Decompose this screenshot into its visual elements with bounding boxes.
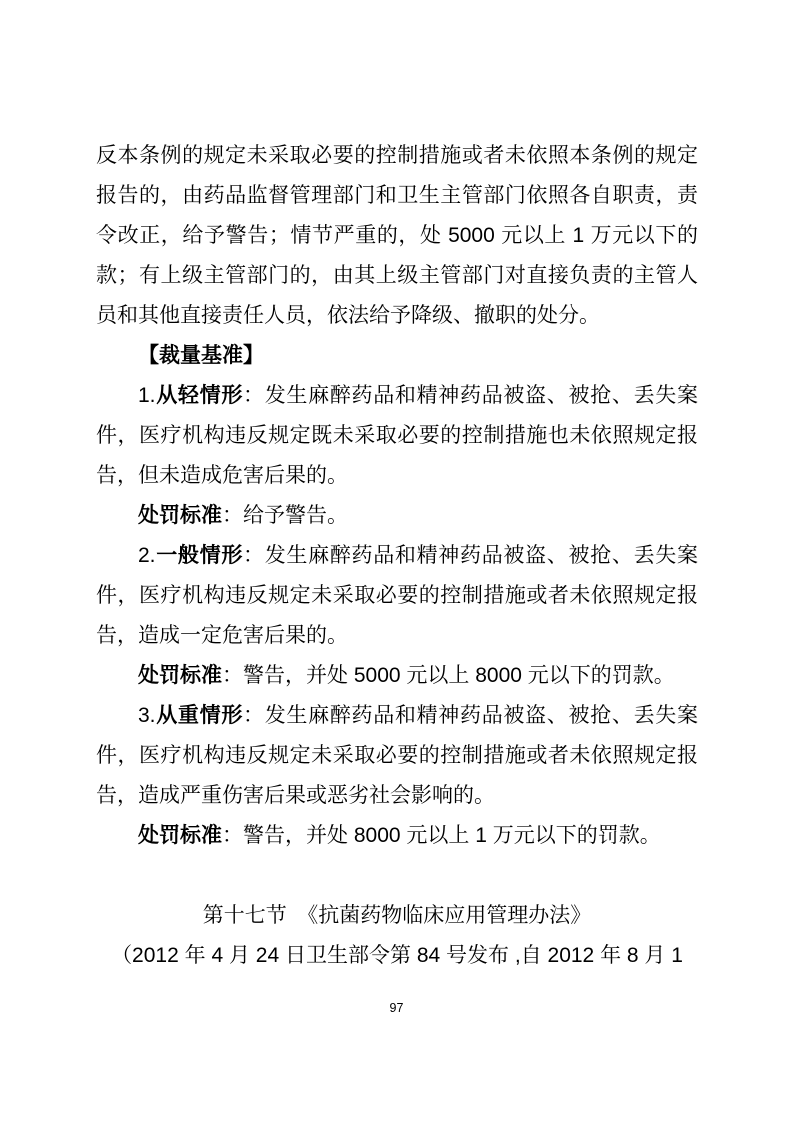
bold-text-run: 处罚标准 bbox=[138, 824, 222, 847]
bold-text-run: 从重情形 bbox=[156, 704, 244, 727]
item-2-general-circumstance: 2.一般情形：发生麻醉药品和精神药品被盗、被抢、丢失案件，医疗机构违反规定未采取… bbox=[96, 536, 698, 656]
item-1-light-circumstance: 1.从轻情形：发生麻醉药品和精神药品被盗、被抢、丢失案件，医疗机构违反规定既未采… bbox=[96, 376, 698, 496]
text-run: ：发生麻醉药品和精神药品被盗、被抢、丢失案 bbox=[243, 544, 698, 567]
text-line: 【裁量基准】 bbox=[96, 336, 698, 376]
item-3-heavy-circumstance: 3.从重情形：发生麻醉药品和精神药品被盗、被抢、丢失案件，医疗机构违反规定未采取… bbox=[96, 696, 698, 816]
text-line: 处罚标准：给予警告。 bbox=[96, 496, 698, 536]
text-line: 件，医疗机构违反规定未采取必要的控制措施或者未依照规定报 bbox=[96, 736, 698, 776]
text-run: 2. bbox=[138, 544, 156, 567]
penalty-standard-1: 处罚标准：给予警告。 bbox=[96, 496, 698, 536]
text-run: 报告的，由药品监督管理部门和卫生主管部门依照各自职责，责 bbox=[96, 184, 698, 207]
text-line: 反本条例的规定未采取必要的控制措施或者未依照本条例的规定 bbox=[96, 136, 698, 176]
text-run: 告，造成严重伤害后果或恶劣社会影响的。 bbox=[96, 784, 495, 807]
bold-text-run: 【裁量基准】 bbox=[138, 344, 264, 367]
text-line: 第十七节 《抗菌药物临床应用管理办法》 bbox=[96, 896, 698, 936]
text-run: 件，医疗机构违反规定未采取必要的控制措施或者未依照规定报 bbox=[96, 744, 698, 767]
discretion-basis-heading: 【裁量基准】 bbox=[96, 336, 698, 376]
text-line: 2.一般情形：发生麻醉药品和精神药品被盗、被抢、丢失案 bbox=[96, 536, 698, 576]
text-run: 1. bbox=[138, 384, 156, 407]
text-line: 报告的，由药品监督管理部门和卫生主管部门依照各自职责，责 bbox=[96, 176, 698, 216]
text-run: ：给予警告。 bbox=[222, 504, 348, 527]
section-17-promulgation-line: （2012 年 4 月 24 日卫生部令第 84 号发布 ,自 2012 年 8… bbox=[96, 936, 698, 976]
bold-text-run: 处罚标准 bbox=[138, 504, 222, 527]
bold-text-run: 处罚标准 bbox=[138, 664, 222, 687]
text-run: ：警告，并处 8000 元以上 1 万元以下的罚款。 bbox=[222, 824, 661, 847]
text-run: （2012 年 4 月 24 日卫生部令第 84 号发布 ,自 2012 年 8… bbox=[111, 944, 683, 967]
text-run: ：发生麻醉药品和精神药品被盗、被抢、丢失案 bbox=[243, 704, 698, 727]
text-run: ：发生麻醉药品和精神药品被盗、被抢、丢失案 bbox=[243, 384, 698, 407]
text-run: 3. bbox=[138, 704, 156, 727]
penalty-standard-2: 处罚标准：警告，并处 5000 元以上 8000 元以下的罚款。 bbox=[96, 656, 698, 696]
text-run: 件，医疗机构违反规定未采取必要的控制措施或者未依照规定报 bbox=[96, 584, 698, 607]
text-line: 告，造成一定危害后果的。 bbox=[96, 616, 698, 656]
bold-text-run: 一般情形 bbox=[156, 544, 244, 567]
section-17-heading: 第十七节 《抗菌药物临床应用管理办法》 bbox=[96, 896, 698, 936]
text-run: 反本条例的规定未采取必要的控制措施或者未依照本条例的规定 bbox=[96, 144, 698, 167]
text-line: 款；有上级主管部门的，由其上级主管部门对直接负责的主管人 bbox=[96, 256, 698, 296]
bold-text-run: 从轻情形 bbox=[156, 384, 244, 407]
text-line: 1.从轻情形：发生麻醉药品和精神药品被盗、被抢、丢失案 bbox=[96, 376, 698, 416]
text-line: 件，医疗机构违反规定既未采取必要的控制措施也未依照规定报 bbox=[96, 416, 698, 456]
text-line: 令改正，给予警告；情节严重的，处 5000 元以上 1 万元以下的罚 bbox=[96, 216, 698, 256]
text-line: 告，但未造成危害后果的。 bbox=[96, 456, 698, 496]
penalty-standard-3: 处罚标准：警告，并处 8000 元以上 1 万元以下的罚款。 bbox=[96, 816, 698, 856]
text-line: 员和其他直接责任人员，依法给予降级、撤职的处分。 bbox=[96, 296, 698, 336]
body-paragraph-continuation: 反本条例的规定未采取必要的控制措施或者未依照本条例的规定报告的，由药品监督管理部… bbox=[96, 136, 698, 336]
text-line: 处罚标准：警告，并处 5000 元以上 8000 元以下的罚款。 bbox=[96, 656, 698, 696]
text-line: 3.从重情形：发生麻醉药品和精神药品被盗、被抢、丢失案 bbox=[96, 696, 698, 736]
document-body: 反本条例的规定未采取必要的控制措施或者未依照本条例的规定报告的，由药品监督管理部… bbox=[96, 136, 698, 976]
text-run: 令改正，给予警告；情节严重的，处 5000 元以上 1 万元以下的罚 bbox=[96, 224, 698, 256]
blank-line-spacer bbox=[96, 856, 698, 896]
text-line: 件，医疗机构违反规定未采取必要的控制措施或者未依照规定报 bbox=[96, 576, 698, 616]
page-number: 97 bbox=[0, 1001, 793, 1016]
text-run: 告，但未造成危害后果的。 bbox=[96, 464, 348, 487]
text-run: 告，造成一定危害后果的。 bbox=[96, 624, 348, 647]
text-run: 款；有上级主管部门的，由其上级主管部门对直接负责的主管人 bbox=[96, 264, 698, 287]
text-line: （2012 年 4 月 24 日卫生部令第 84 号发布 ,自 2012 年 8… bbox=[96, 936, 698, 976]
text-run: 件，医疗机构违反规定既未采取必要的控制措施也未依照规定报 bbox=[96, 424, 698, 447]
text-run: 员和其他直接责任人员，依法给予降级、撤职的处分。 bbox=[96, 304, 600, 327]
text-run: 第十七节 《抗菌药物临床应用管理办法》 bbox=[203, 904, 592, 927]
text-line: 处罚标准：警告，并处 8000 元以上 1 万元以下的罚款。 bbox=[96, 816, 698, 856]
document-page: 反本条例的规定未采取必要的控制措施或者未依照本条例的规定报告的，由药品监督管理部… bbox=[0, 0, 793, 1122]
text-run: ：警告，并处 5000 元以上 8000 元以下的罚款。 bbox=[222, 664, 675, 687]
text-line: 告，造成严重伤害后果或恶劣社会影响的。 bbox=[96, 776, 698, 816]
